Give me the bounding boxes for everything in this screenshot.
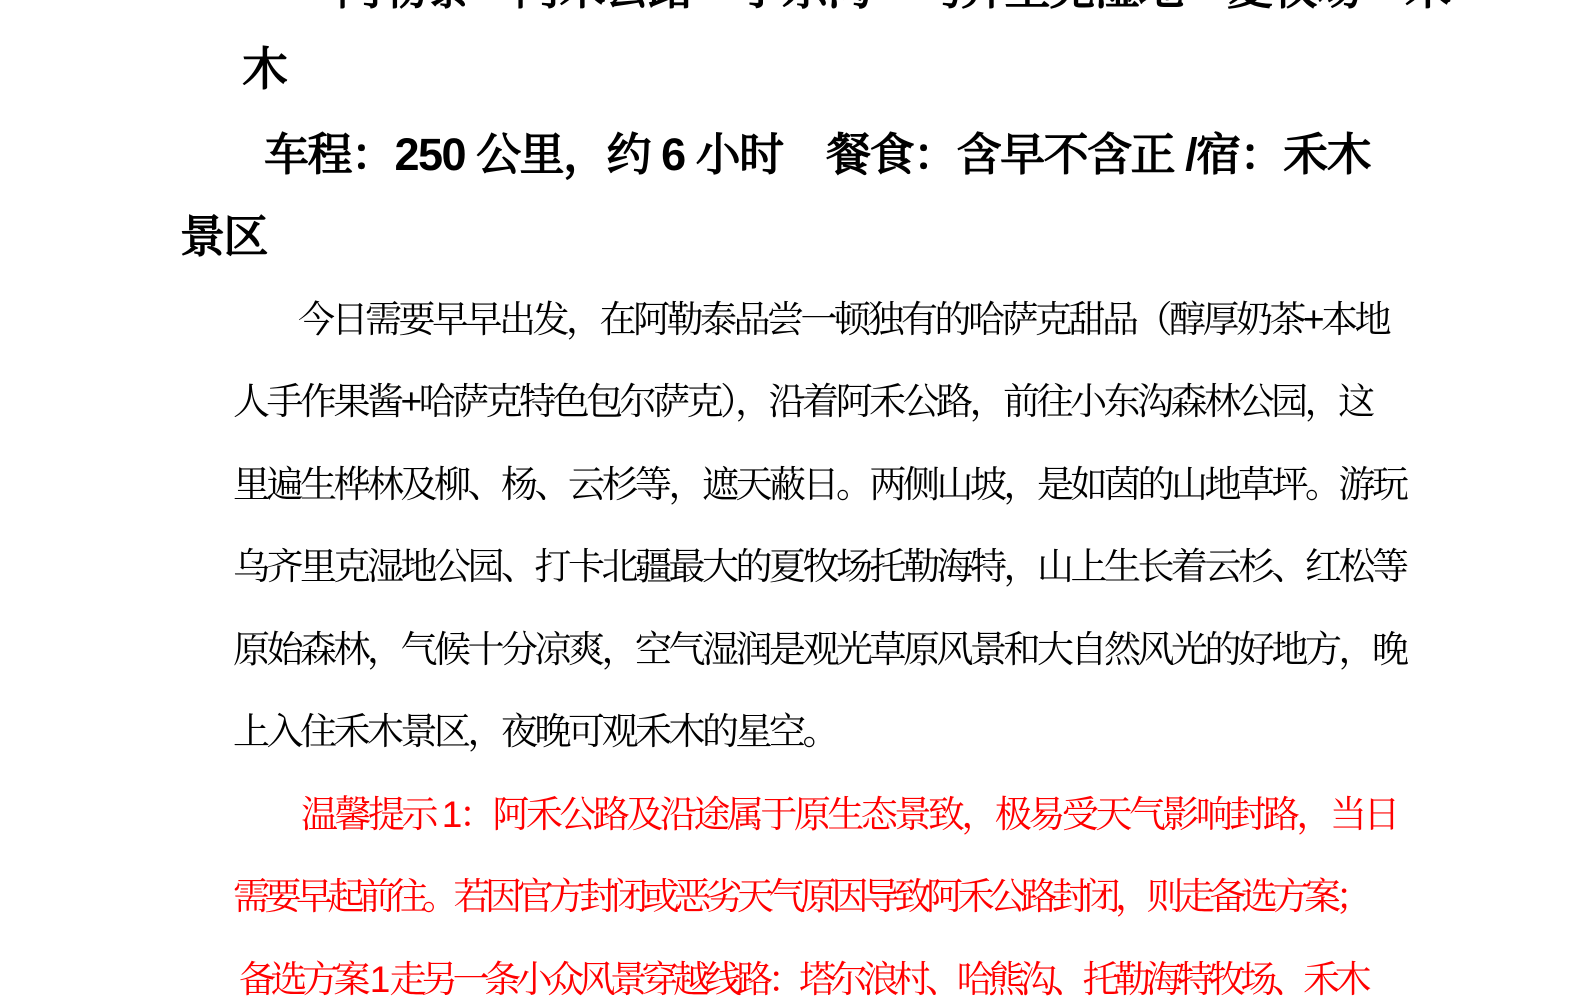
meta-info-line2: 景区 <box>180 214 267 259</box>
body-line: 原始森林，气候十分凉爽，空气湿润是观光草原风景和大自然风光的好地方，晚 <box>233 631 1406 668</box>
heading-route-line2: 木 <box>242 46 287 92</box>
body-line: 人手作果酱+哈萨克特色包尔萨克），沿着阿禾公路，前往小东沟森林公园，这 <box>233 383 1372 420</box>
notice-line: 备选方案 1 走另一条小众风景穿越线路：塔尔浪村、哈熊沟、托勒海特牧场、禾木 <box>239 961 1366 998</box>
notice-line: 温馨提示 1：阿禾公路及沿途属于原生态景致，极易受天气影响封路，当日 <box>301 796 1397 833</box>
body-line: 上入住禾木景区，夜晚可观禾木的星空。 <box>233 713 836 750</box>
body-line: 里遍生桦林及柳、杨、云杉等，遮天蔽日。两侧山坡，是如茵的山地草坪。游玩 <box>233 466 1406 503</box>
document-page: 阿勒泰—阿禾公路—小东沟—乌齐里克湿地—夏牧场—禾 木 车程：250 公里，约 … <box>0 0 1587 998</box>
heading-route-line1: 阿勒泰—阿禾公路—小东沟—乌齐里克湿地—夏牧场—禾 <box>337 0 1450 11</box>
notice-line: 需要早起前往。若因官方封闭或恶劣天气原因导致阿禾公路封闭，则走备选方案； <box>233 878 1367 915</box>
meta-info-line1: 车程：250 公里，约 6 小时 餐食：含早不含正 /宿：禾木 <box>264 132 1370 177</box>
body-line: 今日需要早早出发，在阿勒泰品尝一顿独有的哈萨克甜品（醇厚奶茶+本地 <box>298 301 1388 338</box>
body-line: 乌齐里克湿地公园、打卡北疆最大的夏牧场托勒海特，山上生长着云杉、红松等 <box>233 548 1406 585</box>
